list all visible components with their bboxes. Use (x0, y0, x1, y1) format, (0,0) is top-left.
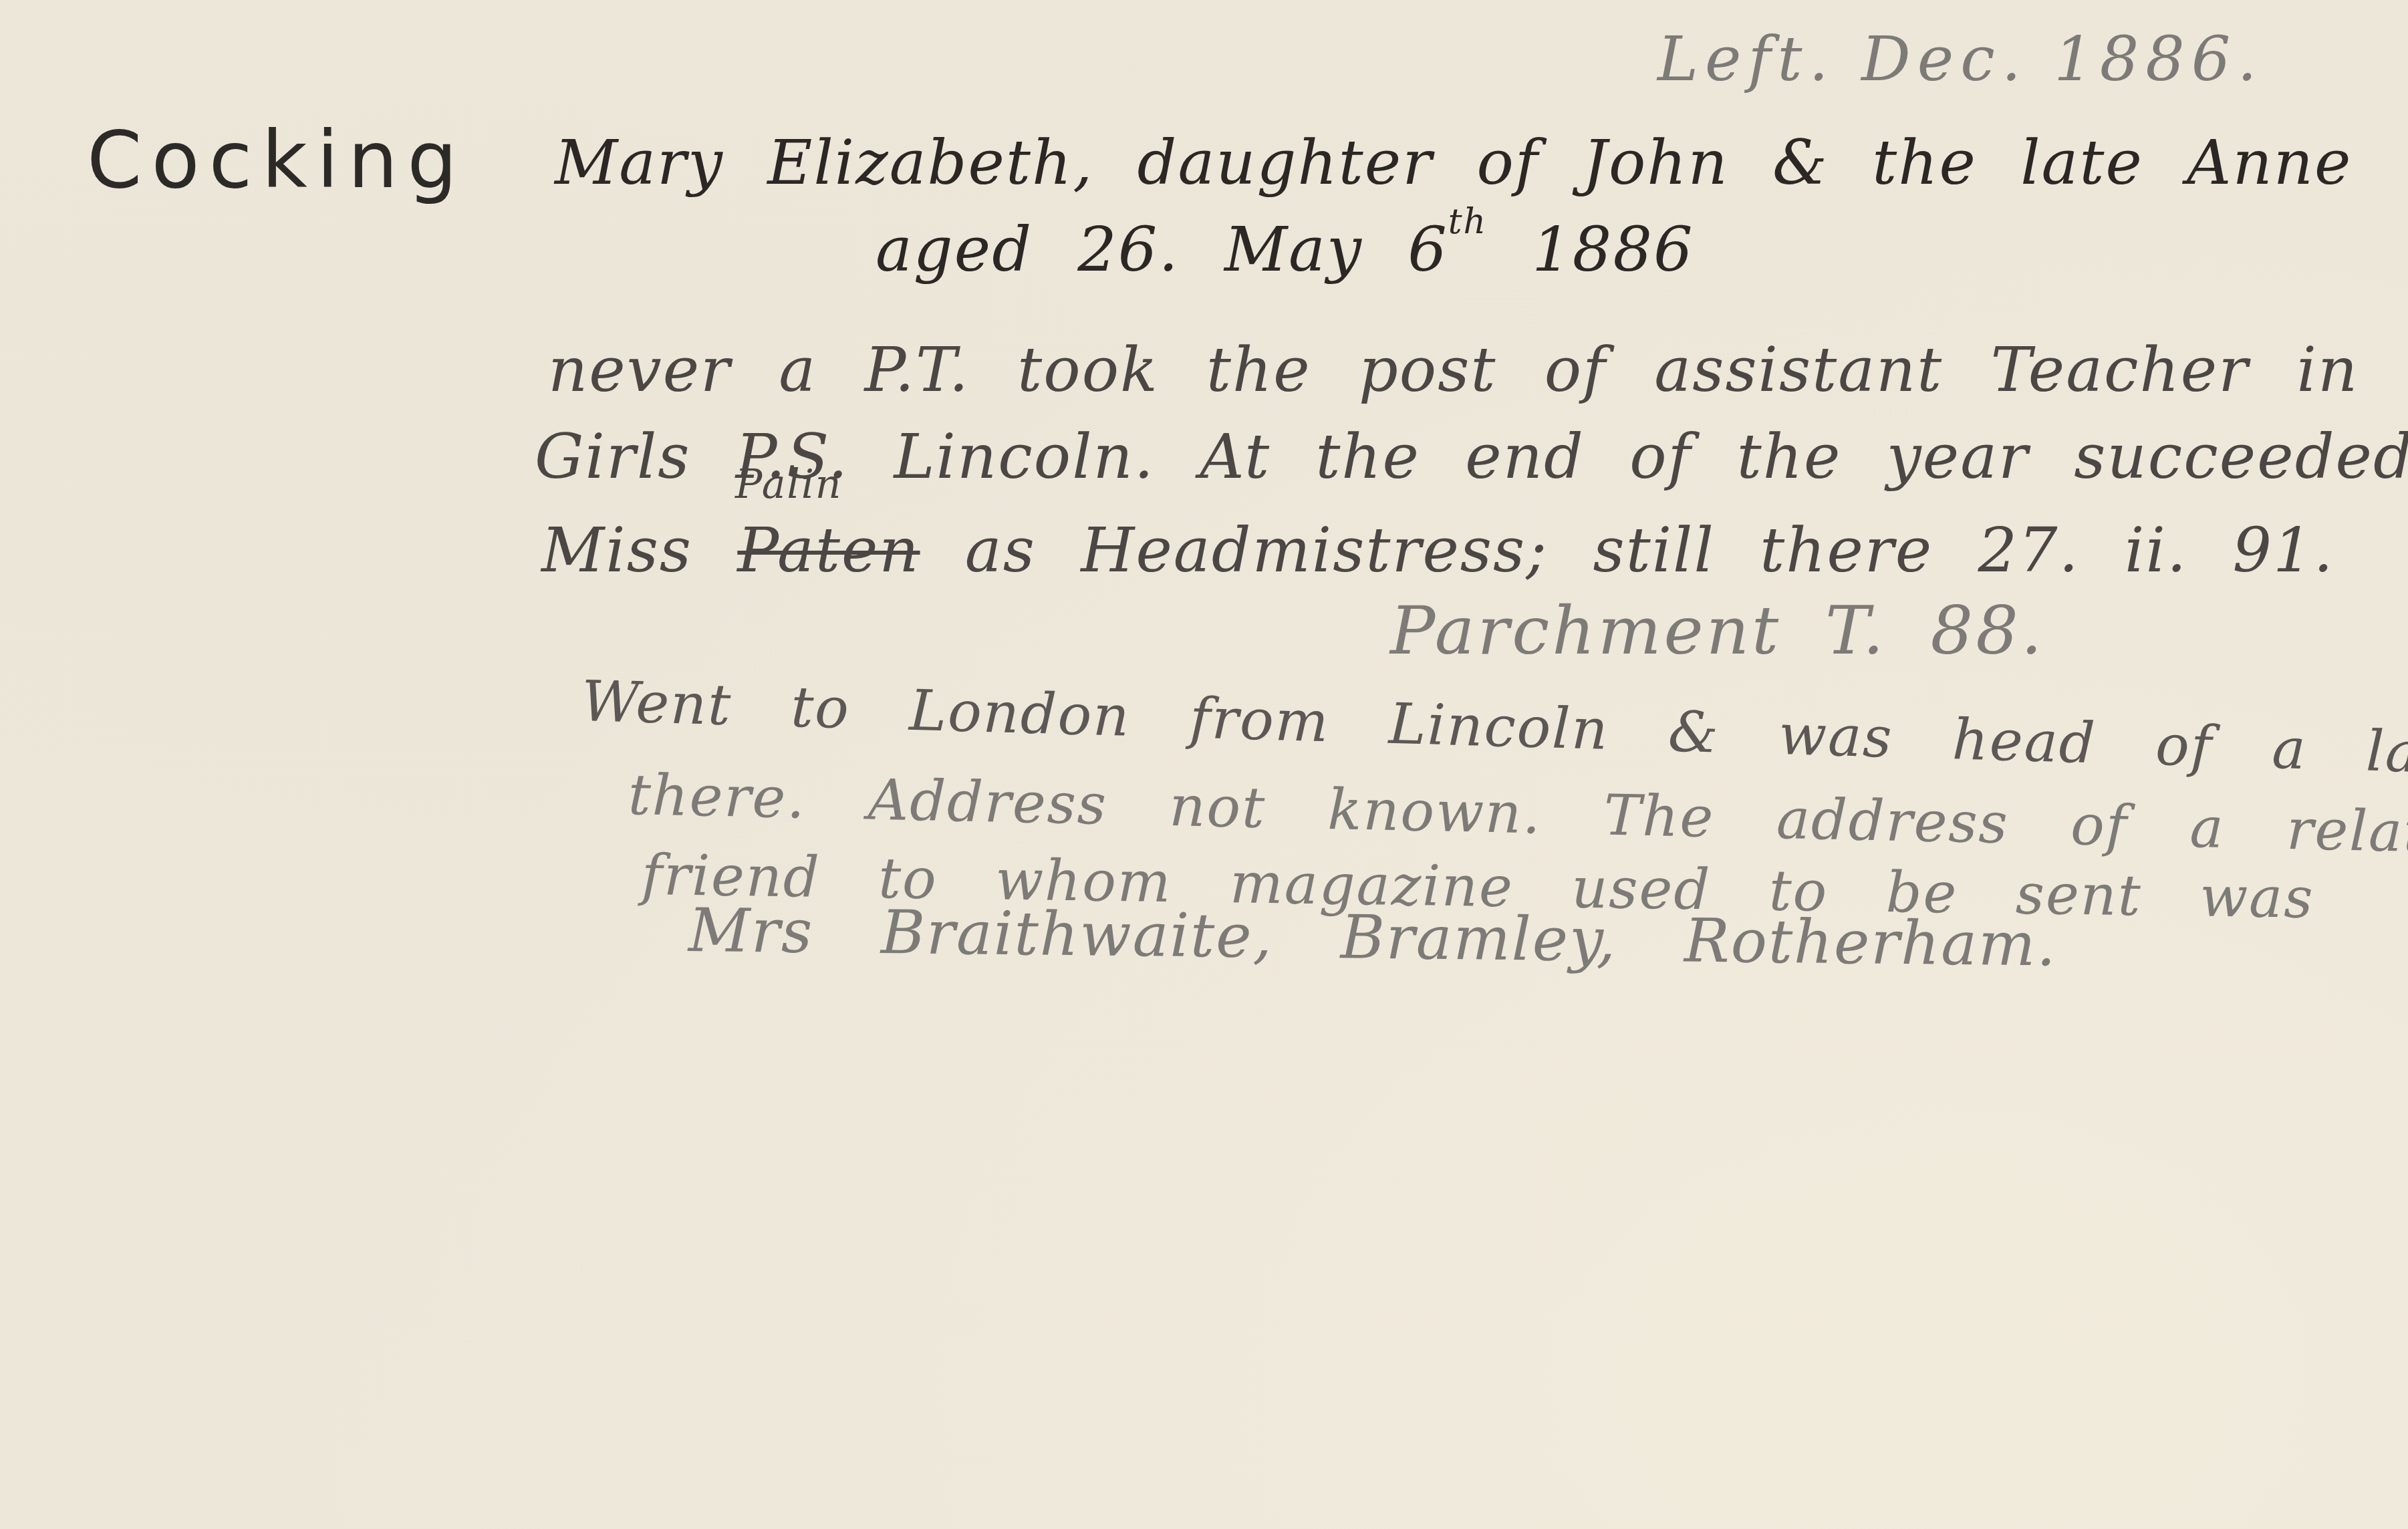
surname-heading: Cocking (87, 114, 466, 206)
struck-name: Paten (737, 515, 920, 586)
entry-career-line-1: never a P.T. took the post of assistant … (548, 334, 2359, 406)
year-text: 1886 (1487, 214, 1694, 285)
pencil-note-line-4: Mrs Braithwaite, Bramley, Rotherham. (688, 895, 2057, 980)
parchment-note: Parchment T. 88. (1390, 591, 2045, 670)
age-date-text: aged 26. May 6 (876, 214, 1448, 285)
correction-insert: Palin (735, 461, 842, 508)
register-page: Left. Dec. 1886. Cocking Mary Elizabeth,… (0, 0, 2408, 1529)
ordinal-suffix: th (1448, 202, 1487, 242)
entry-career-line-3: Miss Paten as Headmistress; still there … (541, 515, 2334, 586)
miss-text: Miss (541, 515, 737, 586)
headmistress-text: as Headmistress; still there 27. ii. 91. (920, 515, 2334, 586)
entry-name-line: Mary Elizabeth, daughter of John & the l… (555, 127, 2352, 198)
left-date-note: Left. Dec. 1886. (1657, 23, 2264, 95)
entry-age-date-line: aged 26. May 6th 1886 (876, 214, 1694, 285)
